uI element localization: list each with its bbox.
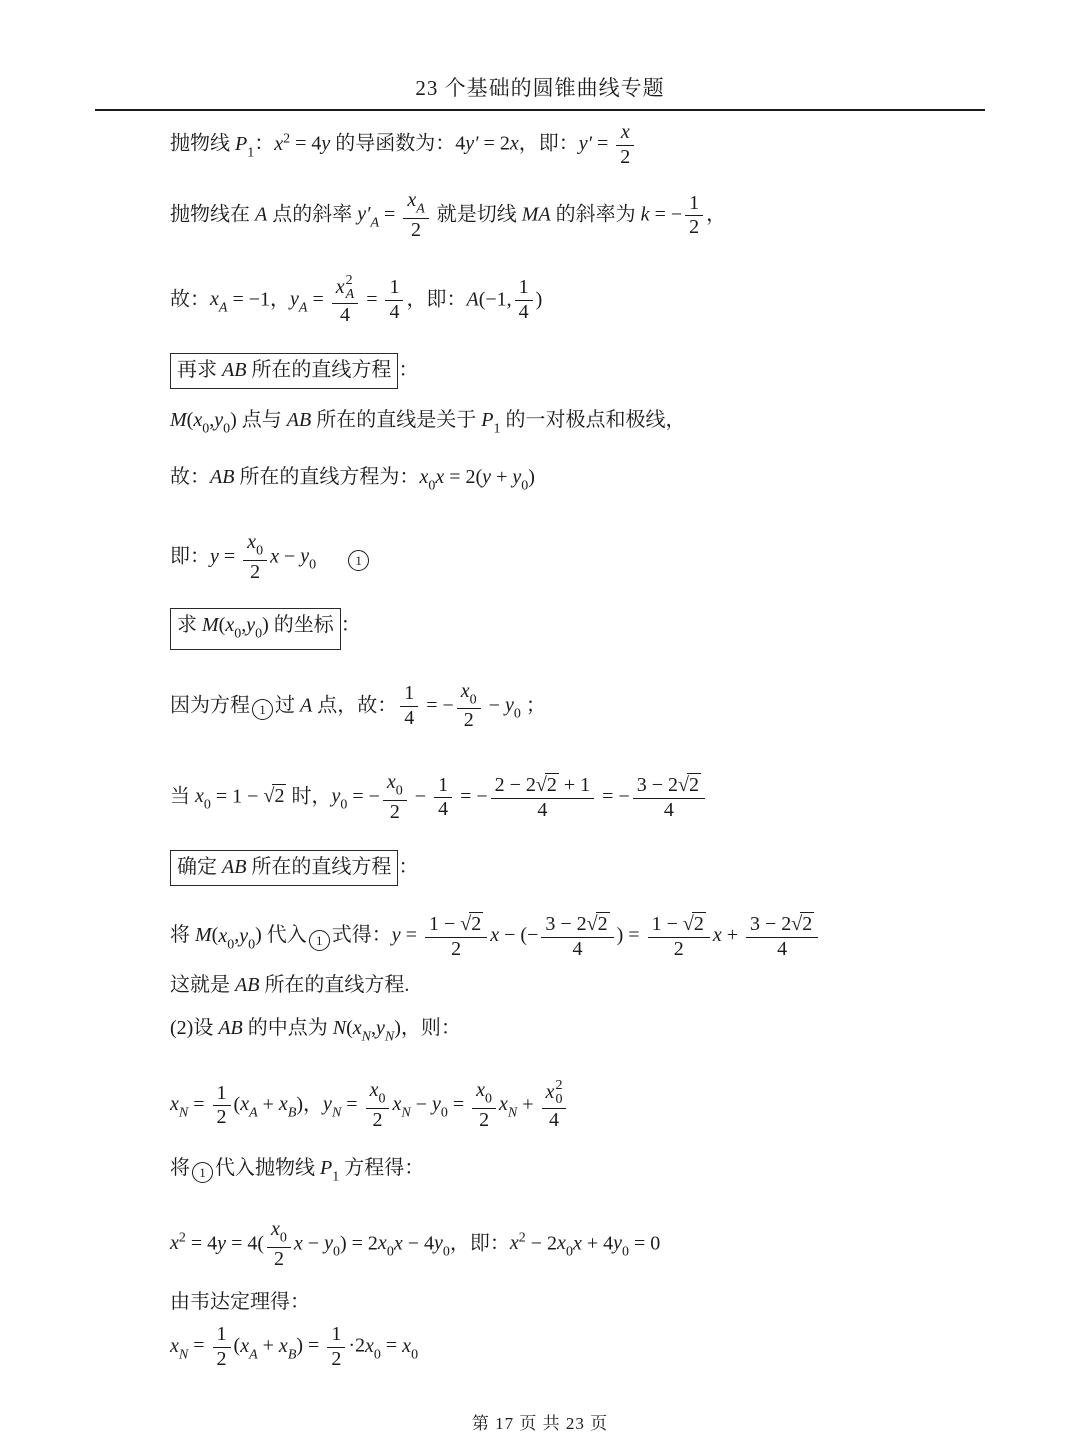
- numerator: x0: [383, 771, 407, 800]
- math-var: y: [210, 545, 219, 567]
- line-through-A: 因为方程1过 A 点，故：14 = −x02 − y0 ；: [170, 680, 1020, 733]
- text: 将: [170, 925, 195, 947]
- math-var: y: [321, 133, 330, 155]
- math-scripted: x0: [193, 409, 209, 431]
- line-vieta-result: xN = 12(xA + xB) = 12·2x0 = x0: [170, 1323, 1020, 1371]
- text: =: [219, 545, 240, 567]
- text: ：: [254, 133, 274, 155]
- math-var: x: [271, 1218, 280, 1240]
- text: 3 − 2: [637, 774, 678, 796]
- line-substitute-into-parabola: 将1代入抛物线 P1 方程得：: [170, 1155, 1020, 1187]
- text: =: [379, 203, 400, 225]
- math-scripted: P1: [481, 409, 500, 431]
- text: =: [307, 288, 328, 310]
- text: 所在的直线方程为：: [234, 466, 419, 488]
- text: (2)设: [170, 1017, 218, 1039]
- superscript: 2: [555, 1079, 562, 1094]
- math-var: x: [394, 1232, 403, 1254]
- heading-find-AB-line: 再求 AB 所在的直线方程：: [170, 353, 1020, 389]
- math-fraction: 1 − √22: [425, 912, 487, 961]
- math-var: k: [641, 203, 650, 225]
- math-var: y: [239, 925, 248, 947]
- math-scripted: y0: [512, 466, 528, 488]
- text: ，即：: [519, 133, 579, 155]
- denominator: 4: [746, 937, 818, 962]
- numerator: 1: [327, 1323, 345, 1347]
- numerator: 1: [213, 1082, 231, 1106]
- text: 3 − 2: [545, 913, 586, 935]
- math-var: x: [407, 189, 416, 211]
- superscript: 2: [346, 274, 355, 289]
- math-var: x: [402, 1335, 411, 1357]
- text: 1: [389, 276, 399, 298]
- math-scripted: y0: [505, 694, 521, 716]
- numerator: x0: [366, 1079, 390, 1108]
- math-scripted: xB: [279, 1093, 296, 1115]
- text: 式得：: [332, 925, 392, 947]
- math-scripted: xB: [279, 1335, 296, 1357]
- subscript: N: [401, 1106, 410, 1121]
- math-var: y: [217, 1232, 226, 1254]
- text: 2: [390, 801, 400, 823]
- denominator: 4: [400, 706, 418, 731]
- text: =: [341, 1093, 362, 1115]
- math-var: x: [240, 1093, 249, 1115]
- math-var: y: [246, 614, 255, 636]
- text: 4: [549, 1109, 559, 1131]
- denominator: 2: [327, 1347, 345, 1372]
- radicand: 2: [800, 912, 814, 935]
- math-var: x: [461, 680, 470, 702]
- math-scripted: x0: [271, 1218, 287, 1240]
- math-scripted: P1: [320, 1157, 339, 1179]
- text: +: [491, 466, 512, 488]
- math-var: x: [336, 276, 345, 298]
- math-var: y′: [357, 203, 370, 225]
- math-var: x: [195, 785, 204, 807]
- math-var: x: [621, 121, 630, 143]
- math-sqrt: √2: [587, 913, 610, 935]
- math-var: x: [510, 133, 519, 155]
- text: 所在的直线方程: [246, 856, 391, 878]
- document-page: 23 个基础的圆锥曲线专题 抛物线 P1：x2 = 4y 的导函数为：4y′ =…: [0, 0, 1080, 1452]
- math-var: x: [419, 466, 428, 488]
- denominator: 4: [633, 798, 705, 823]
- text: 故：: [170, 466, 210, 488]
- page-header: 23 个基础的圆锥曲线专题: [0, 0, 1080, 111]
- math-var: P: [481, 409, 493, 431]
- math-scripted: x0: [218, 925, 234, 947]
- math-scripted: xN: [170, 1093, 188, 1115]
- text: 抛物线: [170, 133, 235, 155]
- math-scripted: y0: [432, 1093, 448, 1115]
- math-var: AB: [222, 359, 246, 381]
- text: ·2: [348, 1335, 365, 1357]
- text: 所在的直线是关于: [311, 409, 481, 431]
- text: 时，: [286, 785, 331, 807]
- math-var: y′: [579, 133, 592, 155]
- numerator: x: [616, 121, 634, 145]
- numerator: 1: [213, 1323, 231, 1347]
- text: −: [410, 785, 431, 807]
- text: 2: [689, 774, 699, 796]
- math-var: x: [387, 771, 396, 793]
- text: 抛物线在: [170, 203, 255, 225]
- content-lines: 抛物线 P1：x2 = 4y 的导函数为：4y′ = 2x，即：y′ = x2抛…: [0, 111, 1080, 1371]
- text: 1: [438, 774, 448, 796]
- denominator: 2: [425, 937, 487, 962]
- text: − 4: [403, 1232, 434, 1254]
- text: 2: [689, 216, 699, 238]
- numerator: xA: [403, 189, 428, 218]
- math-scripted: yN: [323, 1093, 341, 1115]
- text: 代入抛物线: [215, 1157, 320, 1179]
- circled-number: 1: [192, 1162, 213, 1183]
- math-var: y: [505, 694, 514, 716]
- math-scripted: y0: [324, 1232, 340, 1254]
- text: ，即：: [450, 1232, 510, 1254]
- text: 2: [598, 913, 608, 935]
- numerator: 1: [685, 192, 703, 216]
- math-scripted: x0: [387, 771, 403, 793]
- math-var: y: [482, 466, 491, 488]
- text: 2: [373, 1109, 383, 1131]
- text: 故：: [170, 288, 210, 310]
- text: −: [484, 694, 505, 716]
- text: 点的斜率: [267, 203, 357, 225]
- text: 4: [519, 301, 529, 323]
- text: 4: [777, 938, 787, 960]
- text: + 4: [582, 1232, 613, 1254]
- denominator: 2: [616, 145, 634, 170]
- radicand: 2: [545, 773, 559, 796]
- numerator: x0: [472, 1079, 496, 1108]
- math-scripted: x20: [546, 1081, 563, 1103]
- math-var: AB: [287, 409, 311, 431]
- text: 的斜率为: [551, 203, 641, 225]
- text: 因为方程: [170, 694, 250, 716]
- math-scripted: y0: [239, 925, 255, 947]
- math-scripted: x2: [274, 133, 290, 155]
- text: =: [401, 925, 422, 947]
- denominator: 2: [457, 708, 481, 733]
- math-scripted: xA: [240, 1335, 257, 1357]
- math-var: y: [290, 288, 299, 310]
- math-fraction: 3 − 2√24: [746, 912, 818, 961]
- math-var: x: [499, 1093, 508, 1115]
- text: − (−: [499, 925, 538, 947]
- text: ): [528, 466, 535, 488]
- math-scripted: x0: [476, 1079, 492, 1101]
- radicand: 2: [687, 773, 701, 796]
- numerator: x0: [243, 531, 267, 560]
- text: (−1,: [479, 288, 512, 310]
- numerator: x0: [267, 1218, 291, 1247]
- text: =: [592, 133, 613, 155]
- math-fraction: xA2: [403, 189, 428, 242]
- math-var: AB: [222, 856, 246, 878]
- text: 2: [694, 913, 704, 935]
- math-var: x: [193, 409, 202, 431]
- math-scripted: y0: [331, 785, 347, 807]
- math-var: y: [613, 1232, 622, 1254]
- math-var: x: [279, 1335, 288, 1357]
- numerator: 1: [385, 276, 403, 300]
- subscript: 0: [443, 1244, 450, 1259]
- text: 当: [170, 785, 195, 807]
- text: ) = 2: [340, 1232, 378, 1254]
- denominator: 2: [403, 218, 428, 243]
- math-scripted: xN: [499, 1093, 517, 1115]
- math-fraction: x204: [542, 1079, 567, 1133]
- text: = 2(: [444, 466, 482, 488]
- math-var: x: [210, 288, 219, 310]
- math-scripted: yA: [290, 288, 307, 310]
- math-scripted: xA: [240, 1093, 257, 1115]
- subscript: A: [346, 288, 355, 303]
- math-scripted: x0: [461, 680, 477, 702]
- math-var: y: [300, 545, 309, 567]
- line-pole-polar: M(x0,y0) 点与 AB 所在的直线是关于 P1 的一对极点和极线，: [170, 407, 1020, 439]
- math-fraction: x02: [472, 1079, 496, 1132]
- math-fraction: 14: [400, 682, 418, 730]
- math-scripted: x0: [557, 1232, 573, 1254]
- math-fraction: 3 − 2√24: [633, 773, 705, 822]
- math-var: x: [510, 1232, 519, 1254]
- math-scripted: y0: [613, 1232, 629, 1254]
- numerator: x0: [457, 680, 481, 709]
- text: +: [517, 1093, 538, 1115]
- text: = −: [455, 785, 488, 807]
- math-fraction: 12: [685, 192, 703, 240]
- math-fraction: 12: [213, 1082, 231, 1130]
- text: = −: [421, 694, 454, 716]
- text: 2: [547, 774, 557, 796]
- numerator: 3 − 2√2: [746, 912, 818, 937]
- text: )，则：: [394, 1017, 461, 1039]
- subscript: 0: [566, 1244, 573, 1259]
- math-var: x: [170, 1093, 179, 1115]
- text: 2: [217, 1106, 227, 1128]
- text: = 4: [290, 133, 321, 155]
- math-var: x: [490, 925, 499, 947]
- math-sqrt: √2: [460, 913, 483, 935]
- text: 1 −: [429, 913, 460, 935]
- radicand: 2: [272, 784, 286, 807]
- math-fraction: 12: [213, 1323, 231, 1371]
- math-var: x: [170, 1232, 179, 1254]
- text: −: [411, 1093, 432, 1115]
- math-scripted: y0: [214, 409, 230, 431]
- heading-colon: ：: [398, 856, 418, 878]
- circled-number: 1: [252, 699, 273, 720]
- subscript: A: [249, 1106, 258, 1121]
- math-scripted: x0: [378, 1232, 394, 1254]
- denominator: 2: [267, 1247, 291, 1272]
- denominator: 4: [515, 300, 533, 325]
- denominator: 2: [213, 1347, 231, 1372]
- math-scripted: x0: [195, 785, 211, 807]
- text: 1: [217, 1082, 227, 1104]
- math-scripted: y0: [246, 614, 262, 636]
- math-scripted: x0: [225, 614, 241, 636]
- math-var: x: [557, 1232, 566, 1254]
- denominator: 2: [366, 1108, 390, 1133]
- math-var: x: [713, 925, 722, 947]
- math-var: y: [512, 466, 521, 488]
- radicand: 2: [692, 912, 706, 935]
- text: ) =: [617, 925, 645, 947]
- text: 2: [250, 561, 260, 583]
- math-fraction: 14: [515, 276, 533, 324]
- text: 2: [411, 219, 421, 241]
- text: 4: [404, 707, 414, 729]
- line-slope-at-A: 抛物线在 A 点的斜率 y′A = xA2 就是切线 MA 的斜率为 k = −…: [170, 189, 1020, 242]
- numerator: x20: [542, 1079, 567, 1108]
- text: 2: [274, 785, 284, 807]
- text: 1: [331, 1323, 341, 1345]
- denominator: 4: [332, 303, 358, 328]
- line-AB-equation: 故：AB 所在的直线方程为：x0x = 2(y + y0): [170, 464, 1020, 496]
- math-sqrt: √2: [678, 774, 701, 796]
- text: 即：: [170, 545, 210, 567]
- text: 2 − 2: [495, 774, 536, 796]
- subscript: A: [249, 1347, 258, 1362]
- text: [316, 545, 346, 567]
- text: 1: [217, 1323, 227, 1345]
- math-var: x: [392, 1093, 401, 1115]
- denominator: 2: [685, 215, 703, 240]
- math-scripted: x0: [419, 466, 435, 488]
- numerator: 1: [400, 682, 418, 706]
- heading-colon: ：: [398, 359, 418, 381]
- numerator: 3 − 2√2: [541, 912, 613, 937]
- math-var: x: [279, 1093, 288, 1115]
- text: + 1: [559, 774, 590, 796]
- math-scripted: x0: [402, 1335, 418, 1357]
- math-var: x: [274, 133, 283, 155]
- math-var: x: [218, 925, 227, 947]
- text: 2: [471, 913, 481, 935]
- line-quadratic: x2 = 4y = 4(x02x − y0) = 2x0x − 4y0，即：x2…: [170, 1218, 1020, 1271]
- text: +: [258, 1093, 279, 1115]
- text: 的导函数为：4: [330, 133, 465, 155]
- script-stack: 20: [555, 1079, 562, 1108]
- math-scripted: yN: [376, 1017, 394, 1039]
- math-fraction: x02: [366, 1079, 390, 1132]
- numerator: 1: [434, 774, 452, 798]
- math-var: AB: [235, 974, 259, 996]
- text: = 2: [479, 133, 510, 155]
- math-var: AB: [218, 1017, 242, 1039]
- subscript: 0: [374, 1347, 381, 1362]
- text: ，即：: [406, 288, 466, 310]
- text: = 4: [186, 1232, 217, 1254]
- math-scripted: xN: [353, 1017, 371, 1039]
- text: 确定: [177, 856, 222, 878]
- subscript: N: [332, 1106, 341, 1121]
- text: 点，故：: [312, 694, 397, 716]
- denominator: 2: [472, 1108, 496, 1133]
- math-fraction: x02: [383, 771, 407, 824]
- text: − 2: [526, 1232, 557, 1254]
- circled-number: 1: [348, 550, 369, 571]
- text: 过: [275, 694, 300, 716]
- text: = −: [597, 785, 630, 807]
- line-midpoint-formulas: xN = 12(xA + xB)，yN = x02xN − y0 = x02xN…: [170, 1079, 1020, 1133]
- math-sqrt: √2: [263, 785, 286, 807]
- text: 2: [674, 938, 684, 960]
- math-var: y: [376, 1017, 385, 1039]
- text: 1: [689, 192, 699, 214]
- numerator: 3 − 2√2: [633, 773, 705, 798]
- superscript: 2: [519, 1230, 526, 1245]
- numerator: 1 − √2: [425, 912, 487, 937]
- math-var: x: [270, 545, 279, 567]
- math-var: x: [294, 1232, 303, 1254]
- subscript: N: [362, 1029, 371, 1044]
- line-substitute-M: 将 M(x0,y0) 代入1式得：y = 1 − √22x − (−3 − 2√…: [170, 912, 1020, 961]
- math-scripted: x0: [365, 1335, 381, 1357]
- math-fraction: x02: [243, 531, 267, 584]
- math-scripted: xN: [392, 1093, 410, 1115]
- math-var: x: [353, 1017, 362, 1039]
- text: 2: [451, 938, 461, 960]
- text: 2: [620, 146, 630, 168]
- text: ): [536, 288, 543, 310]
- text: =: [188, 1093, 209, 1115]
- text: ) 点与: [230, 409, 287, 431]
- text: = −1，: [227, 288, 290, 310]
- circled-number: 1: [309, 930, 330, 951]
- math-var: x: [225, 614, 234, 636]
- text: −: [279, 545, 300, 567]
- subscript: N: [385, 1029, 394, 1044]
- denominator: 4: [541, 937, 613, 962]
- section-heading-box: 再求 AB 所在的直线方程: [170, 353, 398, 389]
- math-scripted: x2: [170, 1232, 186, 1254]
- math-fraction: x2: [616, 121, 634, 169]
- math-sqrt: √2: [536, 774, 559, 796]
- superscript: 2: [179, 1230, 186, 1245]
- text: )，: [296, 1093, 323, 1115]
- text: =: [361, 288, 382, 310]
- section-heading-box: 求 M(x0,y0) 的坐标: [170, 608, 341, 649]
- text: 4: [664, 799, 674, 821]
- text: = −: [650, 203, 683, 225]
- subscript: N: [508, 1106, 517, 1121]
- subscript: 0: [441, 1106, 448, 1121]
- text: 就是切线: [432, 203, 522, 225]
- math-var: A: [300, 694, 312, 716]
- math-var: x: [247, 531, 256, 553]
- text: =: [448, 1093, 469, 1115]
- math-var: AB: [210, 466, 234, 488]
- math-fraction: 1 − √22: [648, 912, 710, 961]
- math-var: P: [235, 133, 247, 155]
- text: −: [303, 1232, 324, 1254]
- subscript: A: [370, 216, 379, 231]
- script-stack: 2A: [346, 274, 355, 303]
- line-vieta-label: 由韦达定理得：: [170, 1289, 1020, 1316]
- math-fraction: x2A4: [332, 274, 358, 328]
- math-var: y: [392, 925, 401, 947]
- math-sqrt: √2: [683, 913, 706, 935]
- subscript: N: [179, 1106, 188, 1121]
- math-var: N: [333, 1017, 346, 1039]
- text: = 1 −: [211, 785, 264, 807]
- math-scripted: xA: [407, 189, 424, 211]
